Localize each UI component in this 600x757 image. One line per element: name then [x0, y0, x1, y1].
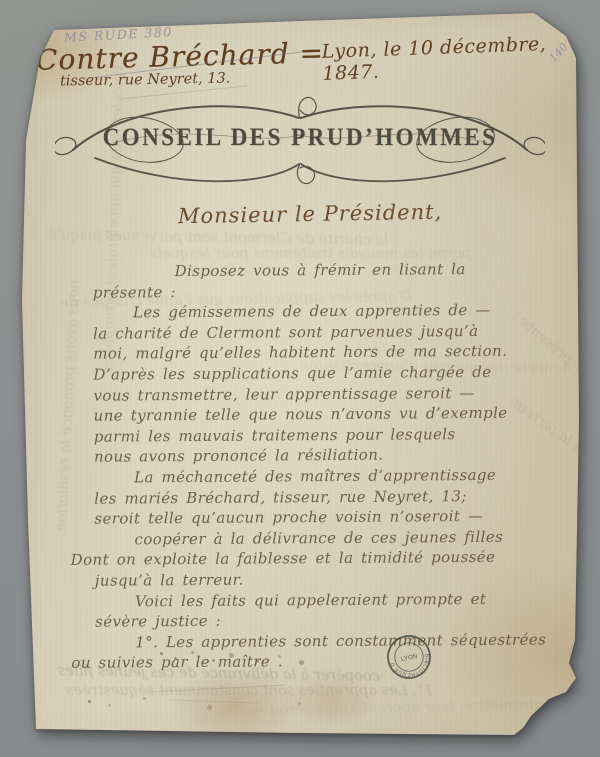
- pencil-stroke: [168, 699, 258, 703]
- manuscript-line: moi, malgré qu’elles habitent hors de ma…: [89, 341, 571, 365]
- paper-shadow-wrap: la charité de Clermont sont parvenues ju…: [0, 0, 600, 757]
- case-address: tisseur, rue Neyret, 13.: [60, 71, 231, 90]
- manuscript-line: ou suivies par le maître .: [91, 650, 573, 674]
- salutation: Monsieur le Président,: [178, 200, 443, 229]
- manuscript-paper: la charité de Clermont sont parvenues ju…: [0, 0, 600, 757]
- manuscript-line: 1°. Les apprenties sont constamment séqu…: [91, 629, 573, 653]
- letterhead-title: CONSEIL DES PRUD’HOMMES: [55, 122, 545, 151]
- library-stamp: BIBLIOTHÈQUE DE LA VILLE LYON: [382, 630, 437, 685]
- bleedthrough-text: la charité de Clermont sont parvenues ju…: [48, 227, 389, 249]
- bleedthrough-text: nous avons prononcé la résiliation.: [54, 279, 83, 536]
- foxing-spots: [88, 700, 91, 703]
- dateline: Lyon, le 10 décembre, 1847.: [321, 31, 600, 85]
- manuscript-line: une tyrannie telle que nous n’avons vu d…: [90, 402, 572, 426]
- foxing-spots: [160, 652, 163, 655]
- bleedthrough-text: vous transmettre, leur apprentissage ser…: [250, 697, 589, 719]
- scanned-document-view: la charité de Clermont sont parvenues ju…: [0, 0, 600, 757]
- letter-body: Disposez vous à frémir en lisant laprése…: [89, 258, 574, 673]
- stamp-center-text: LYON: [400, 653, 417, 663]
- letterhead: CONSEIL DES PRUD’HOMMES: [55, 88, 545, 198]
- manuscript-line: coopérer à la délivrance de ces jeunes f…: [90, 526, 572, 550]
- pencil-stroke: [150, 684, 285, 692]
